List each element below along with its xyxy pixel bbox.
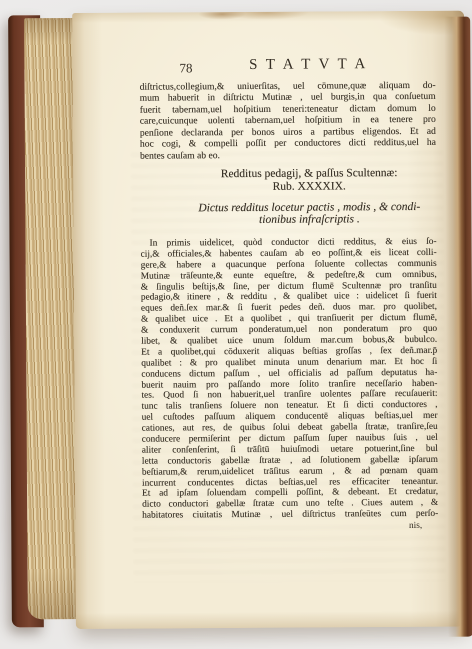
text-line: hoc cogi, & compelli poſſit per conducto…	[140, 137, 436, 150]
book-page: 78 S T A T V T A diſtrictus,collegium,& …	[72, 11, 468, 629]
intro-paragraph: diſtrictus,collegium,& uniuerſitas, uel …	[140, 80, 436, 162]
text-line: habitatores ciuitatis Mutinæ , uel diſtr…	[142, 509, 438, 522]
body-paragraph: In primis uidelicet, quòd conductor dict…	[140, 237, 438, 522]
binding-gutter	[444, 17, 472, 637]
rubric-heading: Redditus pedagij, & paſſus Scultennæ: Ru…	[159, 167, 459, 194]
section-heading-line-2: tionibus infraſcriptis .	[159, 213, 459, 227]
section-heading: Dictus redditus locetur pactis , modis ,…	[159, 201, 459, 227]
text-line: bentes cauſam ab eo.	[140, 148, 436, 161]
running-title: S T A T V T A	[158, 56, 458, 75]
section-heading-line-1: Dictus redditus locetur pactis , modis ,…	[159, 201, 459, 215]
catchword: nis,	[142, 521, 422, 533]
rubric-line-2: Rub. XXXXIX.	[159, 179, 459, 193]
book: 78 S T A T V T A diſtrictus,collegium,& …	[6, 9, 472, 640]
